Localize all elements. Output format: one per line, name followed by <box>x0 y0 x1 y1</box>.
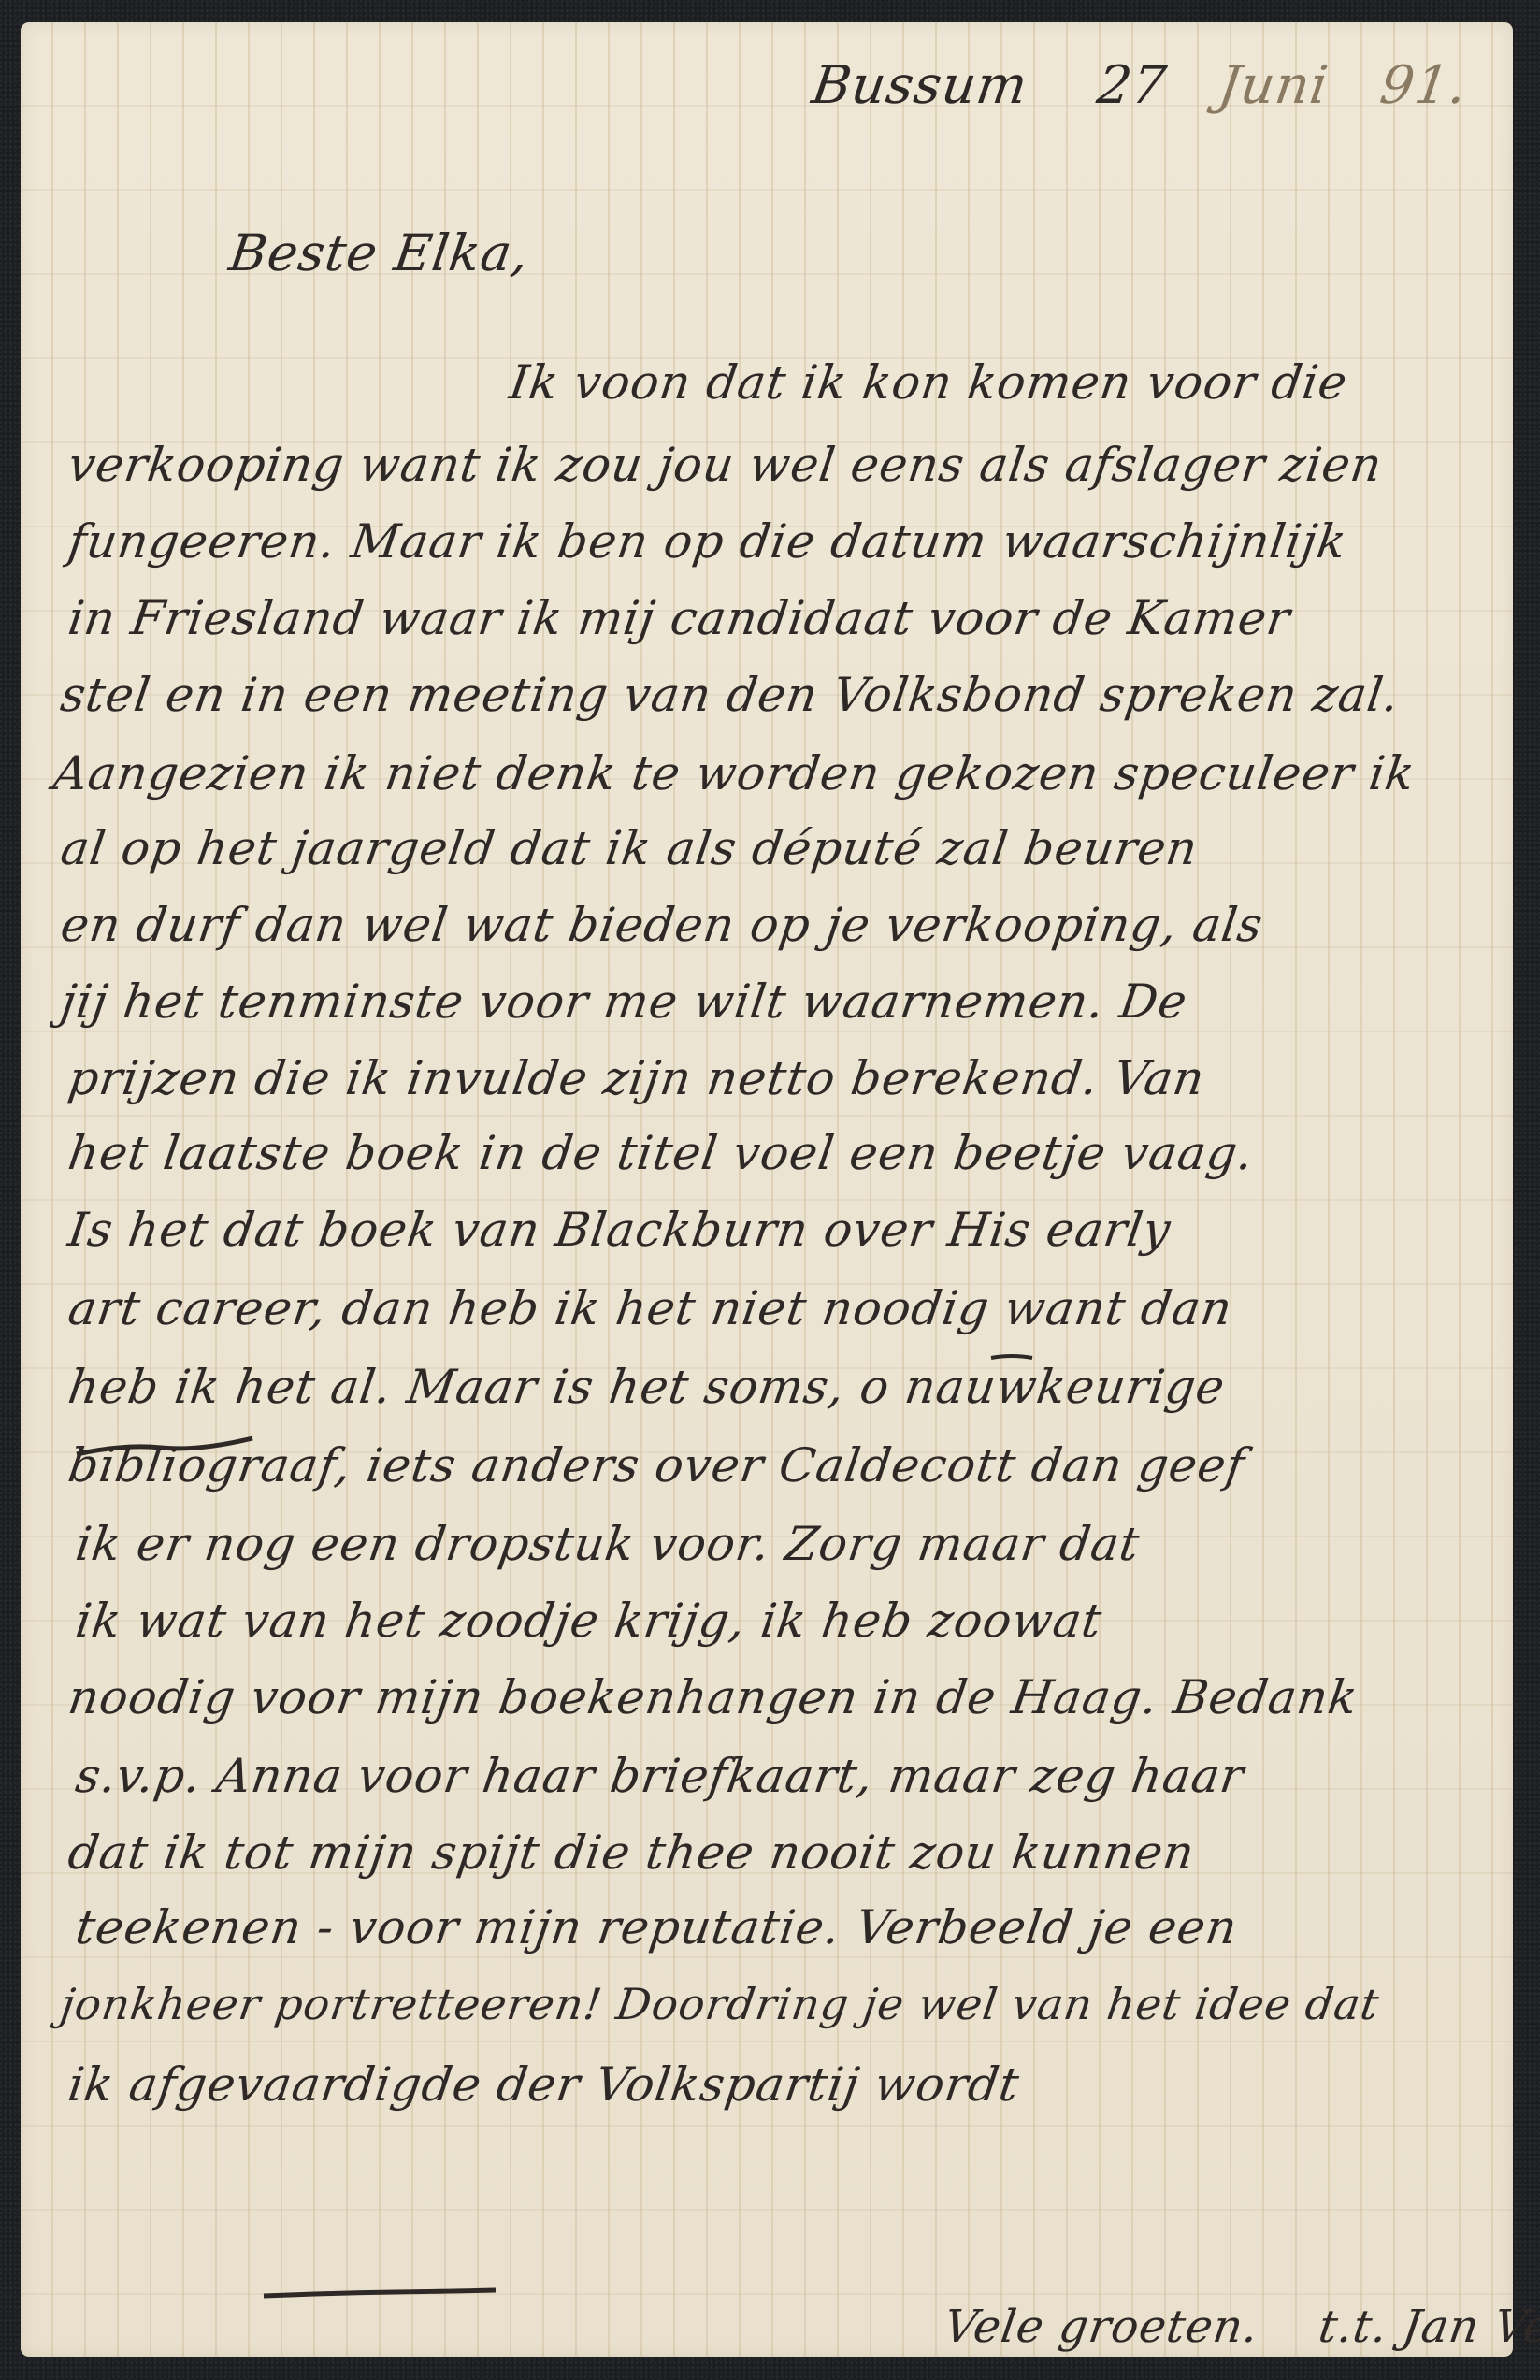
body-line: stel en in een meeting van den Volksbond… <box>58 671 1403 718</box>
body-line: teekenen - voor mijn reputatie. Verbeeld… <box>73 1904 1241 1951</box>
body-line-text: Is het dat boek van Blackburn over His e… <box>65 1203 1174 1257</box>
signature: t.t. Jan Veth <box>1316 2301 1540 2353</box>
body-line: al op het jaargeld dat ik als député zal… <box>58 825 1201 872</box>
date-month: Juni <box>1215 55 1332 116</box>
body-line: dat ik tot mijn spijt die thee nooit zou… <box>65 1829 1198 1876</box>
letter-dateline: Bussum 27 Juni 91. <box>809 60 1471 112</box>
body-line: jonkheer portretteeren! Doordring je wel… <box>58 1983 1382 2026</box>
date-year: 91. <box>1376 55 1471 116</box>
body-line: heb ik het al. Maar is het soms, o nauwk… <box>65 1363 1228 1410</box>
body-line: ik afgevaardigde der Volkspartij wordt <box>65 2061 1022 2108</box>
body-line: ik wat van het zoodje krijg, ik heb zoow… <box>73 1597 1105 1644</box>
valediction: Vele groeten. <box>941 2301 1261 2353</box>
body-line-with-title: Is het dat boek van Blackburn over His e… <box>65 1206 1173 1253</box>
body-line: s.v.p. Anna voor haar briefkaart, maar z… <box>73 1753 1247 1799</box>
body-line: prijzen die ik invulde zijn netto bereke… <box>65 1055 1208 1102</box>
body-line-text: art career, dan heb ik het niet noodig w… <box>65 1281 1235 1335</box>
body-line: in Friesland waar ik mij candidaat voor … <box>65 595 1293 642</box>
underline-his-early <box>991 1356 1032 1358</box>
body-line: fungeeren. Maar ik ben op die datum waar… <box>65 518 1350 565</box>
body-line: jij het tenminste voor me wilt waarnemen… <box>58 978 1190 1025</box>
body-line: ik er nog een dropstuk voor. Zorg maar d… <box>73 1521 1143 1567</box>
body-line: het laatste boek in de titel voel een be… <box>65 1130 1257 1176</box>
body-line: verkooping want ik zou jou wel eens als … <box>65 441 1385 488</box>
underline-volkspartij <box>264 2290 496 2296</box>
date-day: 27 <box>1094 55 1171 116</box>
letter-page: Bussum 27 Juni 91. Beste Elka, Ik voon d… <box>21 22 1513 2357</box>
body-line: bibliograaf, iets anders over Caldecott … <box>65 1442 1248 1489</box>
body-line-with-title: art career, dan heb ik het niet noodig w… <box>65 1285 1235 1332</box>
body-line: noodig voor mijn boekenhangen in de Haag… <box>65 1674 1361 1721</box>
body-line: Aangezien ik niet denk te worden gekozen… <box>50 750 1418 797</box>
date-place: Bussum <box>808 55 1031 116</box>
letter-greeting: Beste Elka, <box>226 228 533 279</box>
letter-closing: Vele groeten. t.t. Jan Veth <box>942 2304 1540 2349</box>
body-line: Ik voon dat ik kon komen voor die <box>507 359 1350 406</box>
body-line: en durf dan wel wat bieden op je verkoop… <box>58 902 1266 948</box>
